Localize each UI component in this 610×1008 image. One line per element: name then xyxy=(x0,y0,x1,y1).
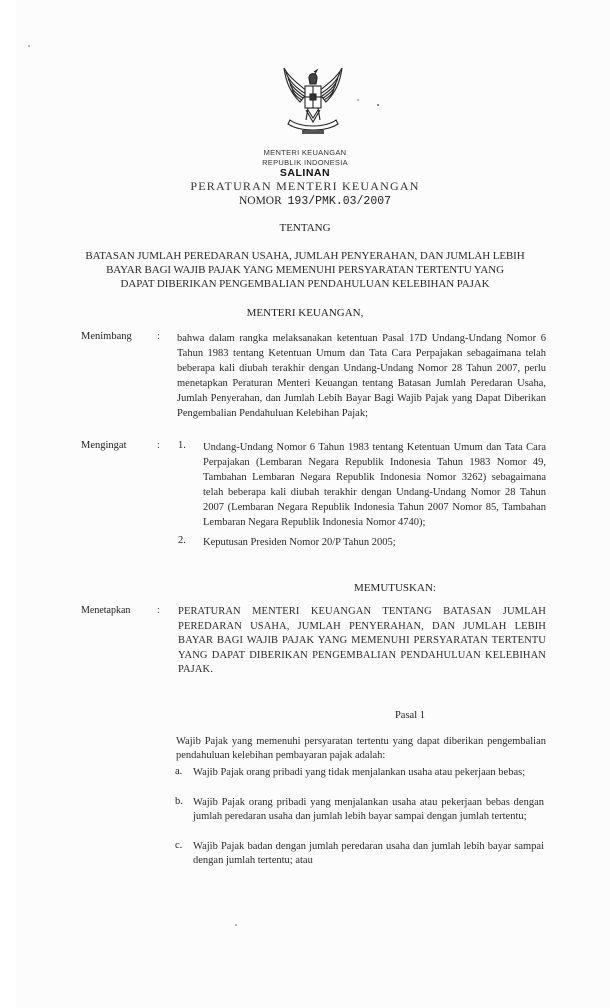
pasal-1-item-b-letter: b. xyxy=(175,796,183,807)
title-line-1: BATASAN JUMLAH PEREDARAN USAHA, JUMLAH P… xyxy=(0,249,610,263)
mengingat-item-1-text: Undang-Undang Nomor 6 Tahun 1983 tentang… xyxy=(203,440,546,530)
scan-speck xyxy=(28,45,30,47)
mengingat-label: Mengingat xyxy=(81,440,127,451)
menetapkan-text: PERATURAN MENTERI KEUANGAN TENTANG BATAS… xyxy=(178,605,546,678)
pasal-1-item-c-text: Wajib Pajak badan dengan jumlah peredara… xyxy=(193,840,544,868)
salinan-label: SALINAN xyxy=(0,167,610,179)
mengingat-item-2-number: 2. xyxy=(178,535,186,546)
document-number: NOMOR 193/PMK.03/2007 xyxy=(0,195,610,208)
pasal-1-item-b-text: Wajib Pajak orang pribadi yang menjalank… xyxy=(193,796,544,824)
scan-speck xyxy=(357,99,359,101)
scan-speck xyxy=(235,924,237,926)
ministry-line-1: MENTERI KEUANGAN xyxy=(0,148,610,157)
mengingat-item-2-text: Keputusan Presiden Nomor 20/P Tahun 2005… xyxy=(203,535,546,550)
nomor-label: NOMOR xyxy=(239,195,282,207)
nomor-value: 193/PMK.03/2007 xyxy=(288,195,392,208)
pasal-1-item-a-letter: a. xyxy=(175,766,182,777)
menimbang-text: bahwa dalam rangka melaksanakan ketentua… xyxy=(177,331,546,421)
pasal-1-item-a-text: Wajib Pajak orang pribadi yang tidak men… xyxy=(193,766,544,780)
title-line-2: BAYAR BAGI WAJIB PAJAK YANG MEMENUHI PER… xyxy=(0,263,610,277)
memutuskan-heading: MEMUTUSKAN: xyxy=(0,582,610,594)
menimbang-colon: : xyxy=(157,331,160,342)
scan-speck xyxy=(377,104,379,106)
pasal-1-item-c-letter: c. xyxy=(175,840,182,851)
garuda-emblem-icon xyxy=(278,62,348,138)
mengingat-item-1-number: 1. xyxy=(178,440,186,451)
pasal-1-heading: Pasal 1 xyxy=(0,710,610,721)
menetapkan-colon: : xyxy=(157,605,160,616)
mengingat-colon: : xyxy=(157,440,160,451)
menetapkan-label: Menetapkan xyxy=(81,605,130,616)
document-type: PERATURAN MENTERI KEUANGAN xyxy=(0,179,610,194)
title-line-3: DAPAT DIBERIKAN PENGEMBALIAN PENDAHULUAN… xyxy=(0,277,610,291)
issuer-heading: MENTERI KEUANGAN, xyxy=(0,307,610,319)
menimbang-label: Menimbang xyxy=(81,331,132,342)
ministry-line-2: REPUBLIK INDONESIA xyxy=(0,158,610,167)
pasal-1-intro: Wajib Pajak yang memenuhi persyaratan te… xyxy=(176,735,546,763)
tentang-heading: TENTANG xyxy=(0,222,610,234)
